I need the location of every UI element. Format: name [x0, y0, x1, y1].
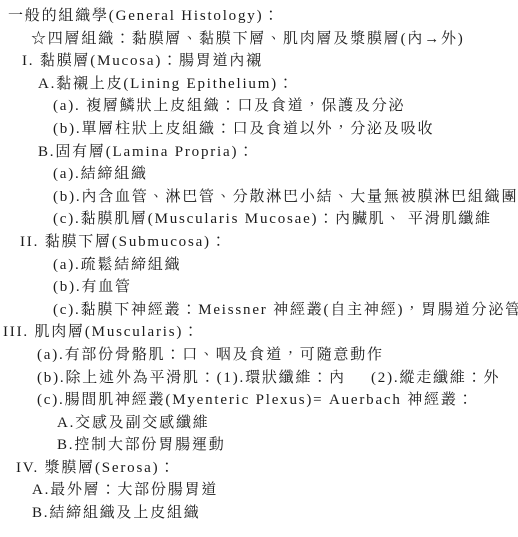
doc-line-text: B.固有層(Lamina Propria)： [38, 144, 255, 160]
doc-line-four-layers-note: ☆四層組織：黏膜層、黏膜下層、肌肉層及漿膜層(內→外) [0, 28, 518, 51]
doc-line-text: (b).有血管 [53, 279, 132, 295]
doc-line-sec-4-serosa: IV. 漿膜層(Serosa)： [0, 457, 518, 480]
doc-line-sec-1-A-a: (a). 複層鱗狀上皮組織：口及食道，保護及分泌 [0, 95, 518, 118]
doc-line-sec-1-A: A.黏襯上皮(Lining Epithelium)： [0, 73, 518, 96]
doc-line-text: 一般的組織學(General Histology)： [8, 8, 280, 24]
doc-line-sec-1-A-b: (b).單層柱狀上皮組織：口及食道以外，分泌及吸收 [0, 118, 518, 141]
doc-line-text: II. 黏膜下層(Submucosa)： [20, 234, 228, 250]
doc-line-sec-2-a: (a).疏鬆結締組織 [0, 254, 518, 277]
doc-line-text: (c).腸間肌神經叢(Myenteric Plexus)= Auerbach 神… [37, 392, 474, 408]
doc-line-text: A.最外層：大部份腸胃道 [32, 482, 218, 498]
doc-line-sec-3-b: (b).除上述外為平滑肌：(1).環狀纖維：內(2).縱走纖維：外 [0, 367, 518, 390]
doc-line-text: III. 肌肉層(Muscularis)： [3, 324, 200, 340]
doc-line-sec-1-B-a: (a).結締組織 [0, 163, 518, 186]
doc-line-sec-1-B-b: (b).內含血管、淋巴管、分散淋巴小結、大量無被膜淋巴組織團塊 [0, 186, 518, 209]
doc-line-sec-1-B-c: (c).黏膜肌層(Muscularis Mucosae)：內臟肌、 平滑肌纖維 [0, 208, 518, 231]
doc-line-text: (c).黏膜下神經叢：Meissner 神經叢(自主神經)，胃腸道分泌管制 [53, 302, 518, 318]
doc-line-sec-3-a: (a).有部份骨骼肌：口、咽及食道，可隨意動作 [0, 344, 518, 367]
doc-line-sec-1-mucosa: I. 黏膜層(Mucosa)：腸胃道內襯 [0, 50, 518, 73]
doc-line-text: (a). 複層鱗狀上皮組織：口及食道，保護及分泌 [53, 98, 405, 114]
doc-line-text: A.交感及副交感纖維 [57, 415, 210, 431]
doc-line-sec-3-c-B: B.控制大部份胃腸運動 [0, 434, 518, 457]
document-page: 一般的組織學(General Histology)：☆四層組織：黏膜層、黏膜下層… [0, 0, 518, 537]
doc-line-sec-3-c-A: A.交感及副交感纖維 [0, 412, 518, 435]
doc-line-text: (b).除上述外為平滑肌：(1).環狀纖維：內 [37, 370, 346, 386]
doc-line-sec-2-submucosa: II. 黏膜下層(Submucosa)： [0, 231, 518, 254]
doc-line-sec-2-b: (b).有血管 [0, 276, 518, 299]
doc-line-text: ☆四層組織：黏膜層、黏膜下層、肌肉層及漿膜層(內→外) [31, 31, 465, 47]
doc-line-text: A.黏襯上皮(Lining Epithelium)： [38, 76, 295, 92]
doc-line-text-right: (2).縱走纖維：外 [371, 367, 500, 390]
doc-line-text: (a).疏鬆結締組織 [53, 257, 181, 273]
doc-line-sec-3-c: (c).腸間肌神經叢(Myenteric Plexus)= Auerbach 神… [0, 389, 518, 412]
doc-line-sec-4-A: A.最外層：大部份腸胃道 [0, 479, 518, 502]
doc-line-text: B.結締組織及上皮組織 [32, 505, 201, 521]
doc-line-text: (a).結締組織 [53, 166, 148, 182]
doc-line-title: 一般的組織學(General Histology)： [0, 5, 518, 28]
doc-line-sec-4-B: B.結締組織及上皮組織 [0, 502, 518, 525]
doc-line-sec-3-muscularis: III. 肌肉層(Muscularis)： [0, 321, 518, 344]
doc-line-text: IV. 漿膜層(Serosa)： [16, 460, 176, 476]
doc-line-text: (b).內含血管、淋巴管、分散淋巴小結、大量無被膜淋巴組織團塊 [53, 189, 518, 205]
doc-line-text: (c).黏膜肌層(Muscularis Mucosae)：內臟肌、 平滑肌纖維 [53, 211, 492, 227]
doc-line-text: (a).有部份骨骼肌：口、咽及食道，可隨意動作 [37, 347, 384, 363]
doc-line-sec-1-B: B.固有層(Lamina Propria)： [0, 141, 518, 164]
doc-line-sec-2-c: (c).黏膜下神經叢：Meissner 神經叢(自主神經)，胃腸道分泌管制 [0, 299, 518, 322]
doc-line-text: (b).單層柱狀上皮組織：口及食道以外，分泌及吸收 [53, 121, 434, 137]
doc-line-text: I. 黏膜層(Mucosa)：腸胃道內襯 [22, 53, 263, 69]
doc-line-text: B.控制大部份胃腸運動 [57, 437, 226, 453]
